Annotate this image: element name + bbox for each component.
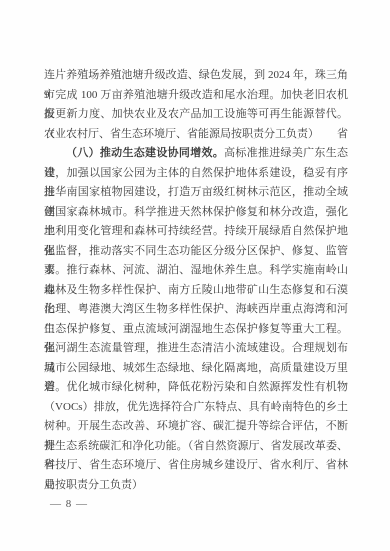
paragraph-continuation: 连片养殖场养殖池塘升级改造、绿色发展，到 2024 年，珠三角 9 市完成 10… bbox=[44, 66, 348, 144]
paragraph-section8: （八）推动生态建设协同增效。高标准推进绿美广东生态建 设，加强以国家公园为主体的… bbox=[44, 144, 348, 495]
text-line: 化监督，推动落实不同生态功能区分级分区保护、修复、监管要 bbox=[44, 242, 348, 262]
text-line: 升生态系统碳汇和净化功能。（省自然资源厅、省发展改革委、省 bbox=[44, 437, 348, 457]
text-line: 治理、粤港澳大湾区生物多样性保护、海峡西岸重点海湾和河口 bbox=[44, 300, 348, 320]
text-line: 废更新力度、加快农业及农产品加工设施等可再生能源替代。（省 bbox=[44, 105, 348, 125]
text-line: 科技厅、省生态环境厅、省住房城乡建设厅、省水利厅、省林业 bbox=[44, 456, 348, 476]
text-line: 生态保护修复、重点流域河湖湿地生态保护修复等重大工程。强 bbox=[44, 320, 348, 340]
document-page: 连片养殖场养殖池塘升级改造、绿色发展，到 2024 年，珠三角 9 市完成 10… bbox=[0, 0, 390, 551]
text-line: 城市公园绿地、城郊生态绿地、绿化隔离地，高质量建设万里碧 bbox=[44, 359, 348, 379]
document-text-block: 连片养殖场养殖池塘升级改造、绿色发展，到 2024 年，珠三角 9 市完成 10… bbox=[44, 66, 348, 495]
text-line: 设，加强以国家公园为主体的自然保护地体系建设，稳妥有序推 bbox=[44, 164, 348, 184]
text-line: 农业农村厅、省生态环境厅、省能源局按职责分工负责） bbox=[44, 125, 348, 145]
text-line-section-heading: （八）推动生态建设协同增效。高标准推进绿美广东生态建 bbox=[44, 144, 348, 164]
page-number: — 8 — bbox=[50, 495, 88, 514]
text-line: 树种。开展生态改善、环境扩容、碳汇提升等综合评估，不断提 bbox=[44, 417, 348, 437]
text-line: 市完成 100 万亩养殖池塘升级改造和尾水治理。加快老旧农机报 bbox=[44, 86, 348, 106]
section-heading: （八）推动生态建设协同增效。 bbox=[66, 147, 224, 159]
text-line: （VOCs）排放，优先选择符合广东特点、具有岭南特色的乡土 bbox=[44, 398, 348, 418]
text-line: 道。优化城市绿化树种，降低花粉污染和自然源挥发性有机物 bbox=[44, 378, 348, 398]
text-line: 求。推行森林、河流、湖泊、湿地休养生息。科学实施南岭山地 bbox=[44, 261, 348, 281]
text-line: 森林及生物多样性保护、南方丘陵山地带矿山生态修复和石漠化 bbox=[44, 281, 348, 301]
text-line: 进华南国家植物园建设，打造万亩级红树林示范区，推动全域创 bbox=[44, 183, 348, 203]
text-line: 局按职责分工负责） bbox=[44, 476, 348, 496]
text-line: 地利用变化管理和森林可持续经营。持续开展绿盾自然保护地强 bbox=[44, 222, 348, 242]
text-line: 建国家森林城市。科学推进天然林保护修复和林分改造，强化土 bbox=[44, 203, 348, 223]
text-line: 化河湖生态流量管理，推进生态清洁小流域建设。合理规划布局 bbox=[44, 339, 348, 359]
text-line: 连片养殖场养殖池塘升级改造、绿色发展，到 2024 年，珠三角 9 bbox=[44, 66, 348, 86]
